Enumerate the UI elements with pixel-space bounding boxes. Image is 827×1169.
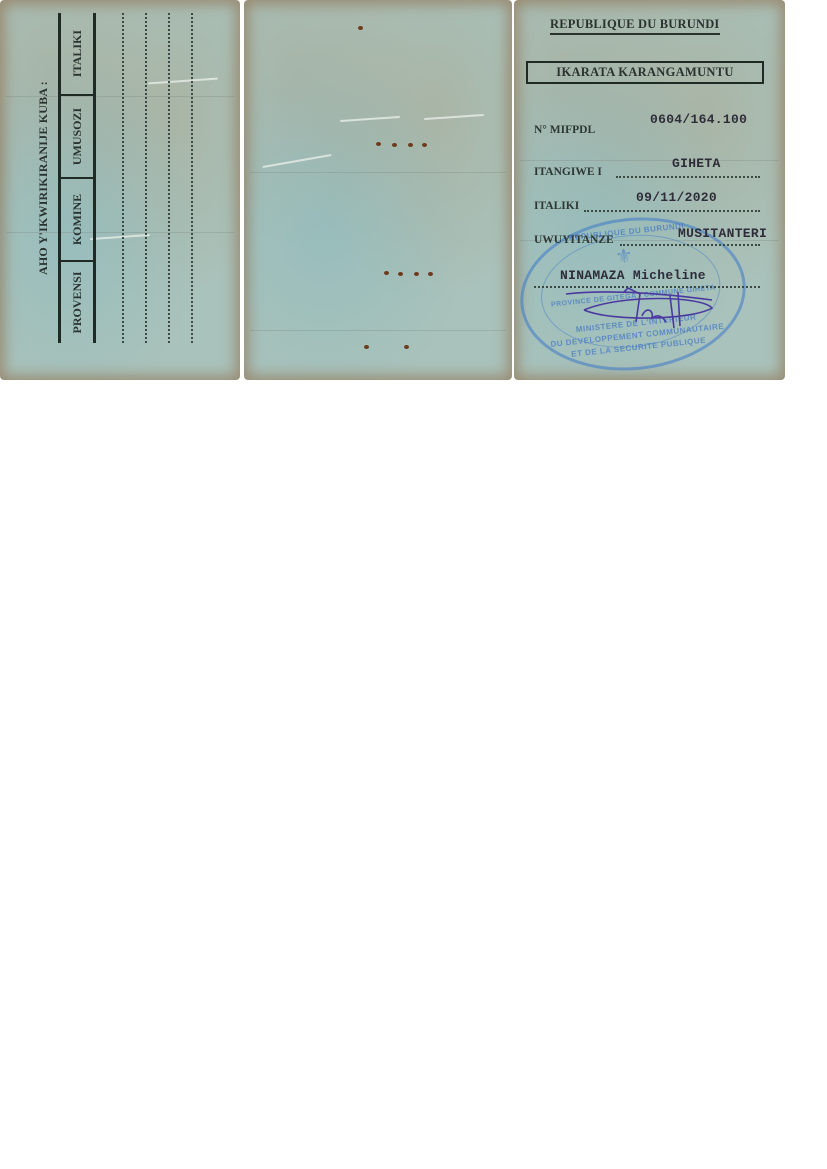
identity-card-strip: AHO Y'IKWIRIKIRANIJE KUBA : PROVENSI KOM… xyxy=(0,0,785,382)
coat-of-arms-icon: ⚜ xyxy=(614,243,634,270)
card-panel-left: AHO Y'IKWIRIKIRANIJE KUBA : PROVENSI KOM… xyxy=(0,0,240,380)
staple-hole xyxy=(358,26,363,30)
field-value-date: 09/11/2020 xyxy=(636,190,717,205)
field-dotted-line xyxy=(616,176,760,178)
field-label-number: N° MIFPDL xyxy=(534,124,595,136)
address-table-title: AHO Y'IKWIRIKIRANIJE KUBA : xyxy=(36,13,51,343)
field-dotted-line xyxy=(584,210,760,212)
crease-mark xyxy=(262,154,331,168)
column-header-provensi: PROVENSI xyxy=(61,260,93,343)
field-label-issuer: UWUYITANZE xyxy=(534,234,614,246)
table-row xyxy=(145,13,147,343)
document-title: IKARATA KARANGAMUNTU xyxy=(526,61,764,84)
field-label-date: ITALIKI xyxy=(534,200,579,212)
column-header-umusozi: UMUSOZI xyxy=(61,94,93,177)
field-value-issued-at: GIHETA xyxy=(672,156,721,171)
fold-line xyxy=(520,160,779,161)
fold-line xyxy=(250,172,506,173)
address-table: AHO Y'IKWIRIKIRANIJE KUBA : PROVENSI KOM… xyxy=(20,13,220,343)
staple-hole xyxy=(364,345,369,349)
crease-mark xyxy=(340,116,400,122)
table-rule xyxy=(93,13,96,343)
card-panel-right: REPUBLIQUE DU BURUNDI IKARATA KARANGAMUN… xyxy=(514,0,785,380)
staple-hole xyxy=(384,271,389,275)
field-value-number: 0604/164.100 xyxy=(650,112,747,127)
staple-hole xyxy=(376,142,381,146)
field-value-issuer: MUSITANTERI xyxy=(678,226,767,241)
table-row xyxy=(191,13,193,343)
issuer-name: NINAMAZA Micheline xyxy=(560,268,706,283)
card-panel-middle xyxy=(244,0,512,380)
table-row xyxy=(122,13,124,343)
column-header-italiki: ITALIKI xyxy=(61,13,93,94)
staple-hole xyxy=(422,143,427,147)
crease-mark xyxy=(424,114,484,120)
staple-hole xyxy=(398,272,403,276)
staple-hole xyxy=(404,345,409,349)
address-table-header: PROVENSI KOMINE UMUSOZI ITALIKI xyxy=(61,13,93,343)
table-row xyxy=(168,13,170,343)
column-header-komine: KOMINE xyxy=(61,177,93,260)
staple-hole xyxy=(414,272,419,276)
staple-hole xyxy=(392,143,397,147)
staple-hole xyxy=(408,143,413,147)
signature-icon xyxy=(562,286,722,336)
staple-hole xyxy=(428,272,433,276)
field-dotted-line xyxy=(620,244,760,246)
fold-line xyxy=(250,330,506,331)
field-label-issued-at: ITANGIWE I xyxy=(534,166,602,178)
country-heading: REPUBLIQUE DU BURUNDI xyxy=(550,17,720,35)
